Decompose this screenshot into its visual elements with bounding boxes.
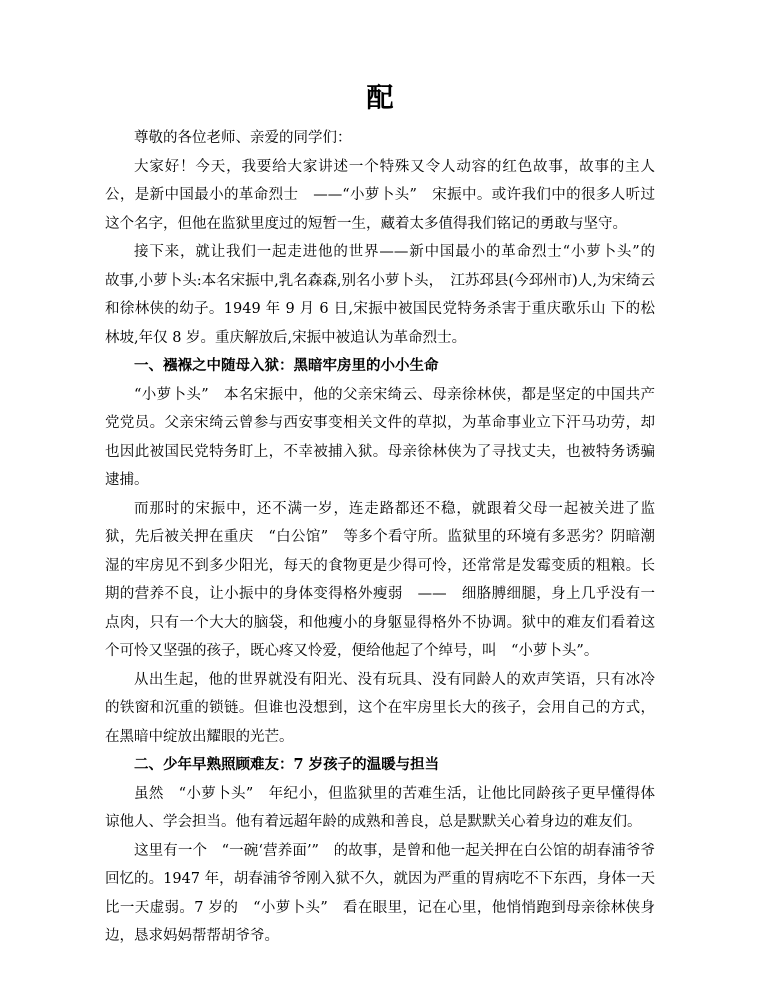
document-page: 配 尊敬的各位老师、亲爱的同学们： 大家好！今天，我要给大家讲述一个特殊又令人动… <box>0 0 770 1000</box>
section-heading-two: 二、少年早熟照顾难友：7 岁孩子的温暖与担当 <box>105 751 655 780</box>
paragraph-biography: 接下来，就让我们一起走进他的世界——新中国最小的革命烈士“小萝卜头”的 故事,小… <box>105 238 655 352</box>
paragraph-prison-life: 而那时的宋振中，还不满一岁，连走路都还不稳，就跟着父母一起被关进了监狱，先后被关… <box>105 495 655 666</box>
paragraph-childhood: 从出生起，他的世界就没有阳光、没有玩具、没有同龄人的欢声笑语，只有冰冷的铁窗和沉… <box>105 666 655 752</box>
paragraph-parents: “小萝卜头” 本名宋振中，他的父亲宋绮云、母亲徐林侠，都是坚定的中国共产党党员。… <box>105 381 655 495</box>
paragraph-opening: 大家好！今天，我要给大家讲述一个特殊又令人动容的红色故事，故事的主人公，是新中国… <box>105 153 655 239</box>
paragraph-maturity: 虽然 “小萝卜头” 年纪小，但监狱里的苦难生活，让他比同龄孩子更早懂得体谅他人、… <box>105 780 655 837</box>
paragraph-salutation: 尊敬的各位老师、亲爱的同学们： <box>105 124 655 153</box>
document-content: 配 尊敬的各位老师、亲爱的同学们： 大家好！今天，我要给大家讲述一个特殊又令人动… <box>0 0 770 951</box>
paragraph-noodle-story: 这里有一个 “一碗‘营养面’” 的故事，是曾和他一起关押在白公馆的胡春浦爷爷回忆… <box>105 837 655 951</box>
section-heading-one: 一、襁褓之中随母入狱：黑暗牢房里的小小生命 <box>105 352 655 381</box>
document-title: 配 <box>105 80 655 118</box>
